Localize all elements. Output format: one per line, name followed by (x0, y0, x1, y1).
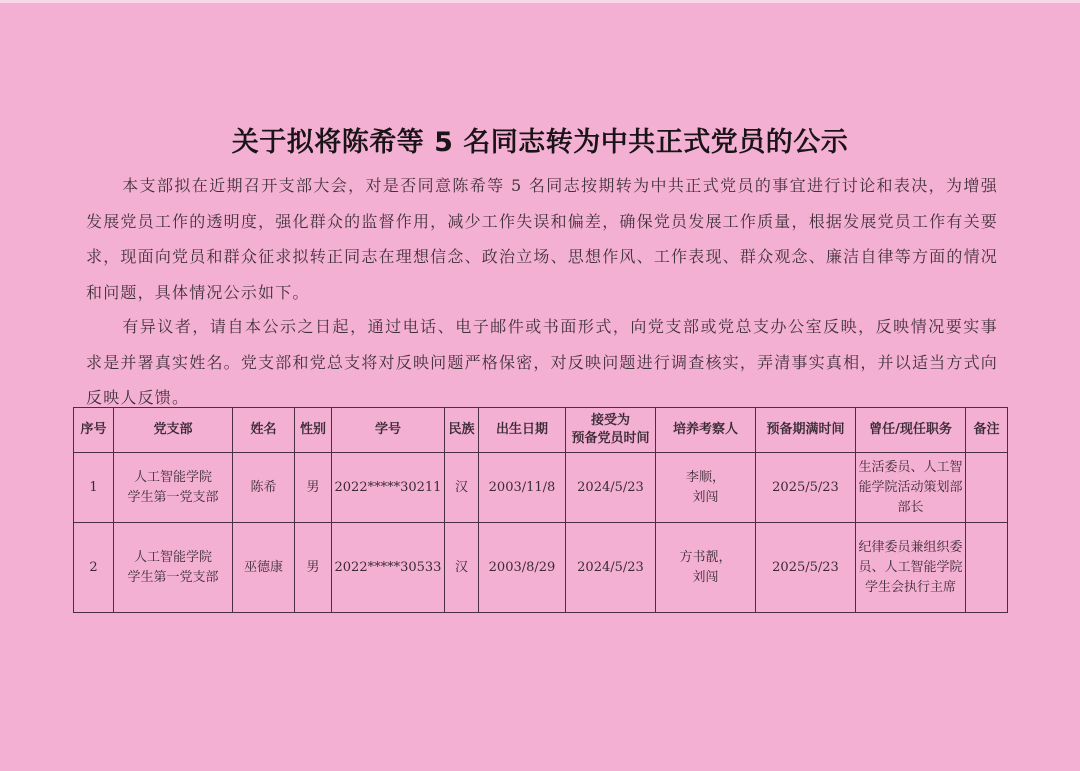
header-gender: 性别 (295, 408, 332, 453)
cell-branch: 人工智能学院学生第一党支部 (114, 523, 233, 613)
cell-branch-line1: 人工智能学院 (116, 548, 230, 568)
header-probation-start: 接受为预备党员时间 (566, 408, 656, 453)
cell-name: 巫德康 (233, 523, 295, 613)
cell-mentor-line2: 刘闯 (658, 568, 753, 588)
table-header-row: 序号 党支部 姓名 性别 学号 民族 出生日期 接受为预备党员时间 培养考察人 … (74, 408, 1008, 453)
cell-remarks (966, 523, 1008, 613)
cell-positions: 纪律委员兼组织委员、人工智能学院学生会执行主席 (856, 523, 966, 613)
header-ethnicity: 民族 (445, 408, 479, 453)
table-row: 2 人工智能学院学生第一党支部 巫德康 男 2022*****30533 汉 2… (74, 523, 1008, 613)
paragraph-objection-text: 有异议者，请自本公示之日起，通过电话、电子邮件或书面形式，向党支部或党总支办公室… (86, 317, 998, 407)
cell-index: 2 (74, 523, 114, 613)
cell-remarks (966, 453, 1008, 523)
cell-student-id: 2022*****30211 (332, 453, 445, 523)
cell-branch: 人工智能学院学生第一党支部 (114, 453, 233, 523)
cell-student-id: 2022*****30533 (332, 523, 445, 613)
cell-mentor-line1: 方书靓， (658, 548, 753, 568)
paragraph-objection: 有异议者，请自本公示之日起，通过电话、电子邮件或书面形式，向党支部或党总支办公室… (86, 309, 998, 416)
cell-mentor-line2: 刘闯 (658, 488, 753, 508)
cell-probation-end: 2025/5/23 (756, 523, 856, 613)
header-mentors: 培养考察人 (656, 408, 756, 453)
page-edge (0, 0, 1080, 3)
table-row: 1 人工智能学院学生第一党支部 陈希 男 2022*****30211 汉 20… (74, 453, 1008, 523)
header-branch: 党支部 (114, 408, 233, 453)
header-positions: 曾任/现任职务 (856, 408, 966, 453)
cell-branch-line2: 学生第一党支部 (116, 488, 230, 508)
header-probation-start-line2: 预备党员时间 (568, 430, 653, 448)
document-title: 关于拟将陈希等 5 名同志转为中共正式党员的公示 (0, 120, 1080, 159)
candidates-table: 序号 党支部 姓名 性别 学号 民族 出生日期 接受为预备党员时间 培养考察人 … (73, 407, 1008, 613)
cell-ethnicity: 汉 (445, 453, 479, 523)
cell-mentors: 方书靓，刘闯 (656, 523, 756, 613)
cell-birth-date: 2003/8/29 (479, 523, 566, 613)
cell-gender: 男 (295, 523, 332, 613)
cell-probation-start: 2024/5/23 (566, 453, 656, 523)
header-remarks: 备注 (966, 408, 1008, 453)
paragraph-intro: 本支部拟在近期召开支部大会，对是否同意陈希等 5 名同志按期转为中共正式党员的事… (86, 168, 998, 310)
header-student-id: 学号 (332, 408, 445, 453)
cell-probation-end: 2025/5/23 (756, 453, 856, 523)
cell-gender: 男 (295, 453, 332, 523)
cell-branch-line1: 人工智能学院 (116, 468, 230, 488)
cell-mentors: 李顺，刘闯 (656, 453, 756, 523)
cell-probation-start: 2024/5/23 (566, 523, 656, 613)
header-probation-start-line1: 接受为 (568, 412, 653, 430)
cell-ethnicity: 汉 (445, 523, 479, 613)
cell-name: 陈希 (233, 453, 295, 523)
cell-branch-line2: 学生第一党支部 (116, 568, 230, 588)
cell-positions: 生活委员、人工智能学院活动策划部部长 (856, 453, 966, 523)
cell-mentor-line1: 李顺， (658, 468, 753, 488)
cell-birth-date: 2003/11/8 (479, 453, 566, 523)
header-index: 序号 (74, 408, 114, 453)
cell-index: 1 (74, 453, 114, 523)
paragraph-intro-text: 本支部拟在近期召开支部大会，对是否同意陈希等 5 名同志按期转为中共正式党员的事… (86, 176, 998, 302)
header-birth-date: 出生日期 (479, 408, 566, 453)
header-probation-end: 预备期满时间 (756, 408, 856, 453)
header-name: 姓名 (233, 408, 295, 453)
